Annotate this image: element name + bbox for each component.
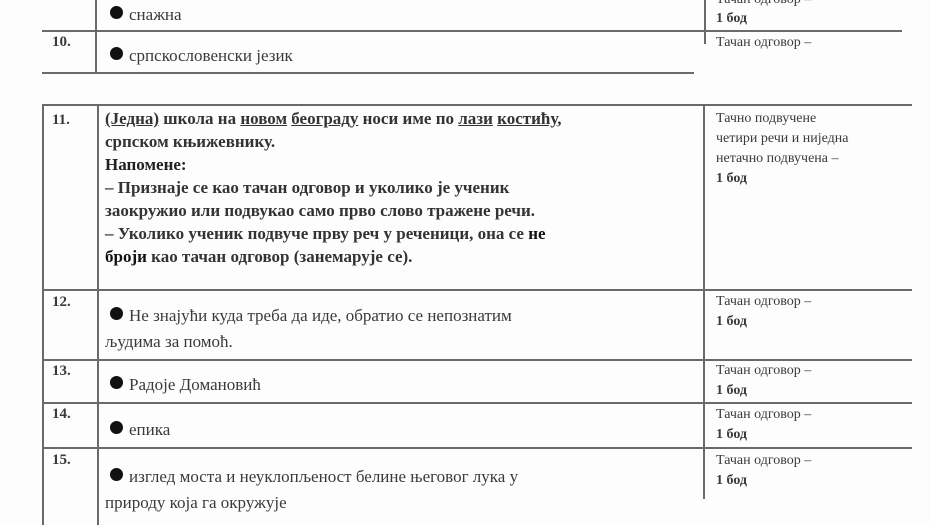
question-number: 14.	[52, 406, 71, 423]
score-points: 1 бод	[716, 426, 747, 444]
answer-sentence-line2: српском књижевнику.	[105, 131, 275, 153]
question-number: 10.	[52, 34, 71, 51]
score-text: Тачан одговор –	[716, 406, 811, 424]
answer-text: изглед моста и неуклопљеност белине њего…	[110, 467, 518, 487]
underlined-word: новом	[240, 109, 287, 128]
answer-value: изглед моста и неуклопљеност белине њего…	[129, 467, 518, 486]
score-text: Тачно подвучене	[716, 110, 816, 128]
table-divider	[95, 0, 97, 74]
score-text: Тачан одговор –	[716, 293, 811, 311]
question-number: 13.	[52, 363, 71, 380]
bullet-icon	[110, 421, 123, 434]
underlined-word: београду	[291, 109, 358, 128]
question-number: 9.	[52, 0, 63, 5]
notes-title: Напомене:	[105, 154, 187, 176]
answer-text: српскословенски језик	[110, 46, 293, 66]
table-divider	[42, 359, 912, 361]
answer-sentence: (Једна) школа на новом београду носи име…	[105, 108, 561, 130]
note-text: – Признаје се као тачан одговор и уколик…	[105, 177, 509, 199]
note-text-part: – Уколико ученик подвуче прву реч у рече…	[105, 224, 528, 243]
table-divider	[42, 447, 912, 449]
question-number: 15.	[52, 452, 71, 469]
sentence-text: школа на	[159, 109, 240, 128]
bullet-icon	[110, 468, 123, 481]
underlined-word: лази	[458, 109, 493, 128]
table-divider	[97, 104, 99, 525]
answer-value: Не знајући куда треба да иде, обратио се…	[129, 306, 512, 325]
underlined-word: (Једна)	[105, 109, 159, 128]
note-emphasis: не	[528, 224, 545, 243]
score-points-value: 1 бод	[716, 314, 747, 329]
answer-text: снажна	[110, 5, 182, 25]
note-text: заокружио или подвукао само прво слово т…	[105, 200, 535, 222]
score-text: Тачан одговор –	[716, 362, 811, 380]
bullet-icon	[110, 307, 123, 320]
score-text: нетачно подвучена –	[716, 150, 839, 168]
score-points: 1 бод	[716, 472, 747, 490]
score-points: 1 бод	[716, 10, 747, 28]
score-points: 1 бод	[716, 382, 747, 400]
table-divider	[42, 72, 694, 74]
answer-value: снажна	[129, 5, 182, 24]
score-points: 1 бод	[716, 313, 747, 331]
table-divider	[42, 402, 912, 404]
score-points-value: 1 бод	[716, 427, 747, 442]
table-divider	[42, 104, 912, 106]
answer-value: епика	[129, 420, 170, 439]
table-divider	[42, 104, 44, 525]
question-number: 12.	[52, 294, 71, 311]
score-points-value: 1 бод	[716, 473, 747, 488]
question-number: 11.	[52, 112, 70, 129]
table-divider	[703, 104, 705, 499]
answer-text-line2: људима за помоћ.	[105, 332, 233, 352]
score-text: Тачан одговор –	[716, 0, 811, 9]
note-text-part: као тачан одговор (занемарује се).	[147, 247, 413, 266]
sentence-text: ,	[557, 109, 561, 128]
note-emphasis: броји	[105, 247, 147, 266]
score-points-value: 1 бод	[716, 171, 747, 186]
answer-text: епика	[110, 420, 170, 440]
note-text: – Уколико ученик подвуче прву реч у рече…	[105, 223, 546, 245]
bullet-icon	[110, 47, 123, 60]
score-points-value: 1 бод	[716, 11, 747, 26]
answer-text: Радоје Домановић	[110, 375, 261, 395]
score-points-value: 1 бод	[716, 383, 747, 398]
score-text: четири речи и ниједна	[716, 130, 848, 148]
answer-value: српскословенски језик	[129, 46, 293, 65]
score-text: Тачан одговор –	[716, 452, 811, 470]
answer-text-line2: природу која га окружује	[105, 493, 287, 513]
bullet-icon	[110, 6, 123, 19]
score-text: Тачан одговор –	[716, 34, 811, 52]
underlined-word: костићу	[497, 109, 557, 128]
note-text: броји као тачан одговор (занемарује се).	[105, 246, 412, 268]
answer-text: Не знајући куда треба да иде, обратио се…	[110, 306, 512, 326]
table-divider	[704, 0, 706, 44]
sentence-text: носи име по	[358, 109, 458, 128]
bullet-icon	[110, 376, 123, 389]
score-points: 1 бод	[716, 170, 747, 188]
table-divider	[42, 30, 902, 32]
table-divider	[42, 289, 912, 291]
answer-value: Радоје Домановић	[129, 375, 261, 394]
